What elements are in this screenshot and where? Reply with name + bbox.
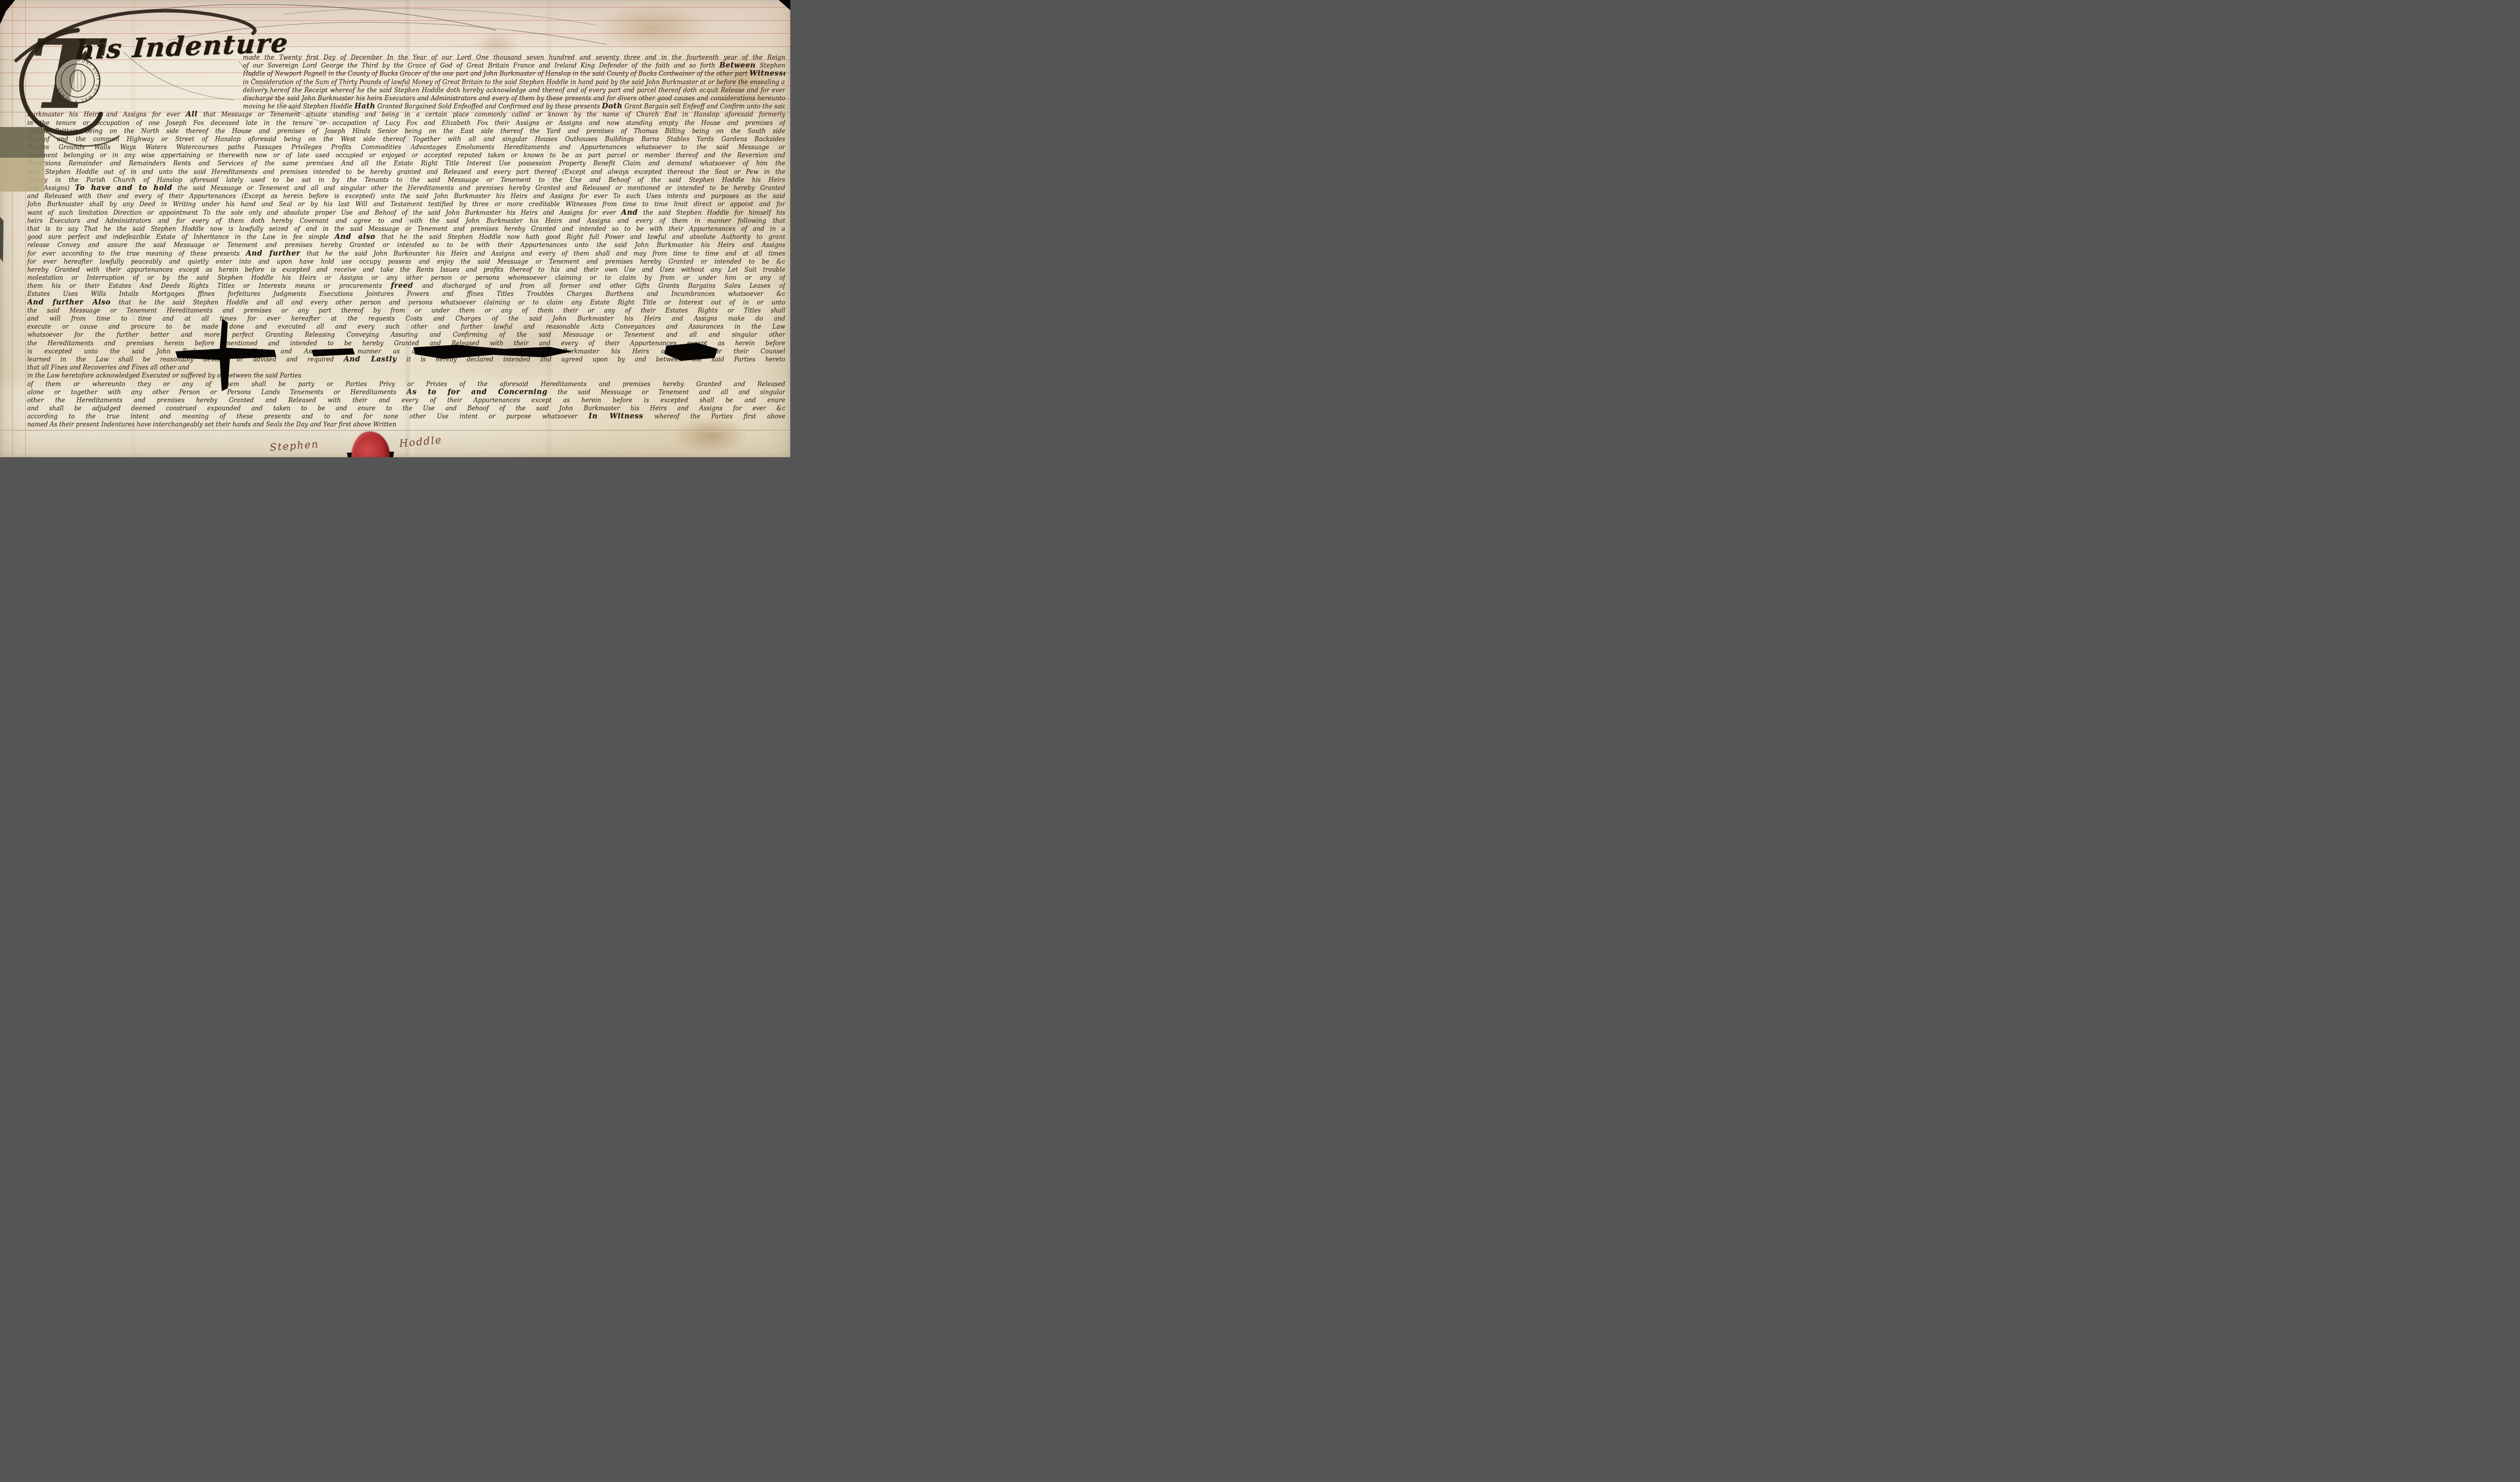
document-line: learned in the Law shall be reasonably d… — [27, 355, 785, 363]
document-line: Estates Uses Wills Intails Mortgages ffi… — [27, 290, 785, 298]
document-line: and will from time to time and at all ti… — [27, 315, 785, 323]
document-line: hereby Granted with their appurtenances … — [27, 266, 785, 274]
document-line: want of such limitation Direction or app… — [27, 209, 785, 217]
document-line: named As their present Indentures have i… — [27, 420, 785, 428]
document-line: the Hereditaments and premises herein be… — [27, 339, 785, 347]
document-line: other the Hereditaments and premises her… — [27, 396, 785, 404]
document-line: is excepted unto the said John Burkmaste… — [27, 347, 785, 355]
document-line: of them or whereunto they or any of them… — [27, 380, 785, 388]
document-line: Burkmaster his Heirs and Assigns for eve… — [27, 110, 785, 118]
document-line: John Burkmaster shall by any Deed in Wri… — [27, 200, 785, 208]
document-line: whatsoever for the further better and mo… — [27, 331, 785, 339]
document-line: thereof and the common Highway or Street… — [27, 135, 785, 143]
document-line: in the Law heretofore acknowledged Execu… — [27, 372, 785, 380]
document-line: that all Fines and Recoveries and Fines … — [27, 363, 785, 372]
horizontal-crease — [0, 430, 790, 431]
repair-patch — [0, 127, 44, 192]
document-line: for ever according to the true meaning o… — [27, 250, 785, 258]
document-line: them his or their Estates And Deeds Righ… — [27, 282, 785, 290]
document-line: execute or cause and procure to be made … — [27, 323, 785, 331]
document-line: good sure perfect and indefeazible Estat… — [27, 233, 785, 241]
document-line: moving he the said Stephen Hoddle Hath G… — [27, 102, 785, 110]
document-line: Reversions Remainder and Remainders Rent… — [27, 159, 785, 167]
document-line: molestation or Interruption of or by the… — [27, 274, 785, 282]
document-line: and Released with their and every of the… — [27, 192, 785, 200]
document-line: alone or together with any other Person … — [27, 388, 785, 396]
document-line: And further Also that he the said Stephe… — [27, 298, 785, 306]
document-line: Hoddle of Newport Pagnell in the County … — [27, 70, 785, 78]
document-line: and shall be adjudged deemed construed e… — [27, 404, 785, 412]
scanned-indenture-document: made the Twenty first Day of December In… — [0, 0, 790, 457]
document-line: in the tenure or occupation of one Josep… — [27, 119, 785, 127]
document-line: Tenement belonging or in any wise appert… — [27, 151, 785, 159]
document-line: in Consideration of the Sum of Thirty Po… — [27, 78, 785, 86]
document-line: for ever hereafter lawfully peaceably an… — [27, 258, 785, 266]
document-lines: made the Twenty first Day of December In… — [27, 53, 785, 429]
document-line: ffences Grounds Walls Ways Waters Waterc… — [27, 143, 785, 151]
document-line: that is to say That he the said Stephen … — [27, 225, 785, 233]
document-line: heirs Executors and Administrators and f… — [27, 217, 785, 225]
document-line: said Stephen Hoddle out of in and unto t… — [27, 168, 785, 176]
document-line: and Assigns) To have and to hold the sai… — [27, 184, 785, 192]
document-line: according to the true intent and meaning… — [27, 412, 785, 420]
document-line: Galery in the Parish Church of Hanslop a… — [27, 176, 785, 184]
document-line: discharge the said John Burkmaster his h… — [27, 94, 785, 102]
document-line: delivery hereof the Receipt whereof he t… — [27, 86, 785, 94]
document-line: Joseph Brittain being on the North side … — [27, 127, 785, 135]
document-line: release Convey and assure the said Messu… — [27, 241, 785, 249]
document-line: the said Messuage or Tenement Hereditame… — [27, 306, 785, 315]
